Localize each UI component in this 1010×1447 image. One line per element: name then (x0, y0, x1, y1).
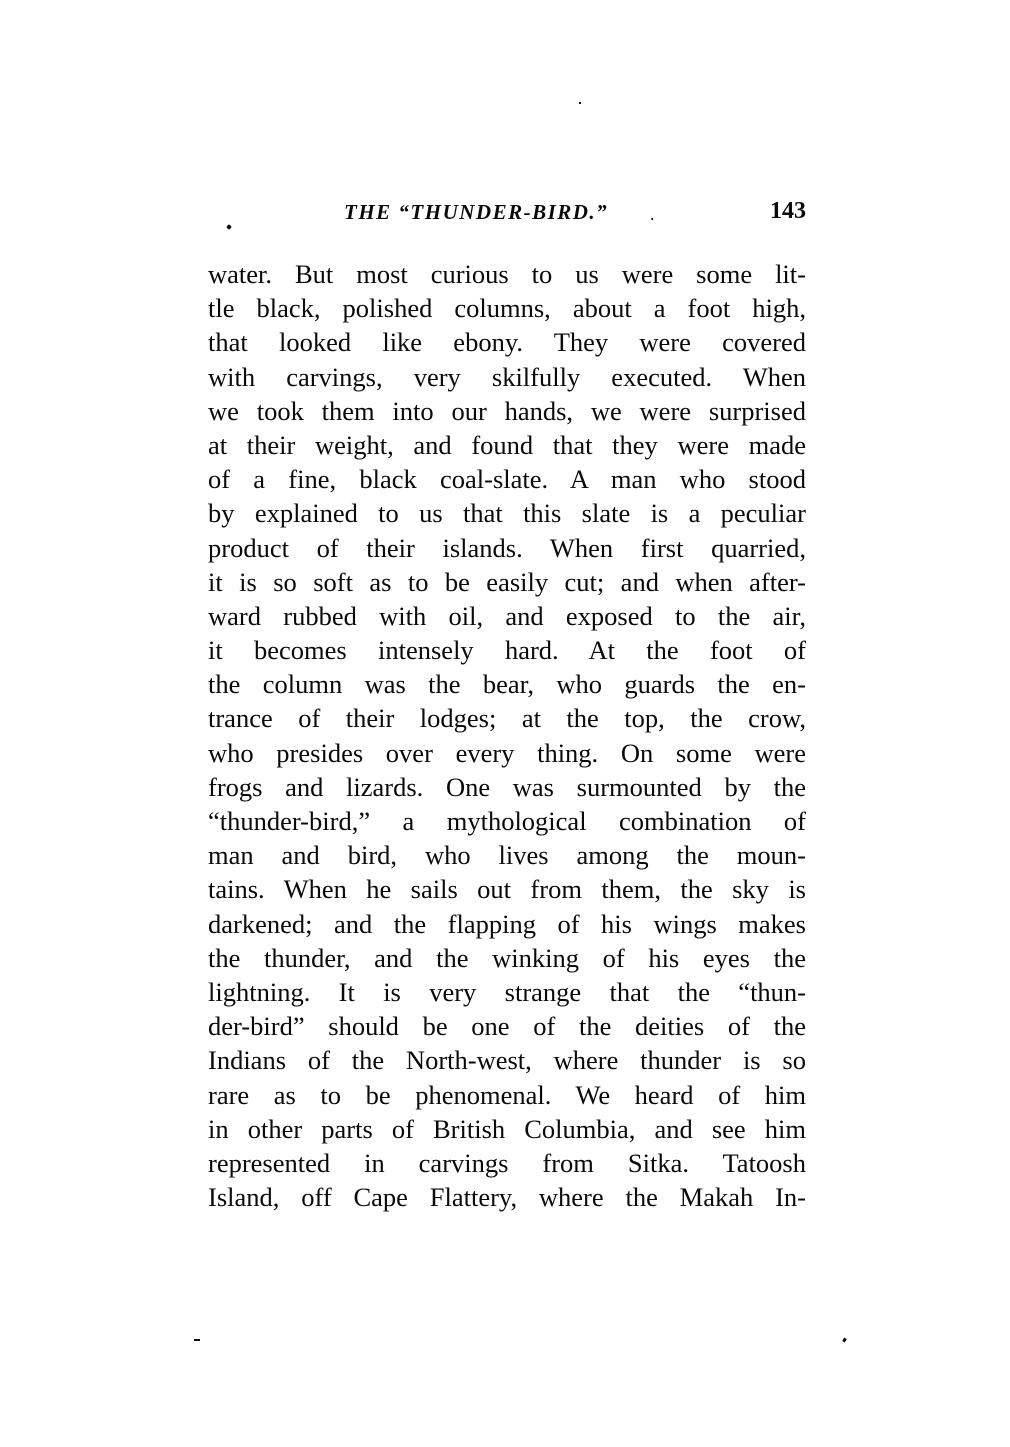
running-head: THE “THUNDER-BIRD.” . 143 (208, 198, 806, 230)
running-head-title: THE “THUNDER-BIRD.” (344, 200, 608, 225)
text-line: rare as to be phenomenal. We heard of hi… (208, 1078, 806, 1112)
text-line: der-bird” should be one of the deities o… (208, 1009, 806, 1043)
scanned-book-page: THE “THUNDER-BIRD.” . 143 water. But mos… (0, 0, 1010, 1447)
text-line: tle black, polished columns, about a foo… (208, 291, 806, 325)
body-paragraph: water. But most curious to us were some … (208, 257, 806, 1214)
page-number: 143 (770, 198, 806, 225)
text-line: at their weight, and found that they wer… (208, 428, 806, 462)
text-line: that looked like ebony. They were covere… (208, 325, 806, 359)
text-line: water. But most curious to us were some … (208, 257, 806, 291)
text-line: it is so soft as to be easily cut; and w… (208, 565, 806, 599)
text-line: in other parts of British Columbia, and … (208, 1112, 806, 1146)
text-line: it becomes intensely hard. At the foot o… (208, 633, 806, 667)
text-line: man and bird, who lives among the moun- (208, 838, 806, 872)
text-line: we took them into our hands, we were sur… (208, 394, 806, 428)
running-head-mark: . (650, 204, 655, 225)
text-line: by explained to us that this slate is a … (208, 496, 806, 530)
text-line: product of their islands. When first qua… (208, 531, 806, 565)
text-line: who presides over every thing. On some w… (208, 736, 806, 770)
text-line: “thunder-bird,” a mythological combinati… (208, 804, 806, 838)
text-line: trance of their lodges; at the top, the … (208, 701, 806, 735)
scan-speck (579, 102, 581, 104)
text-line: darkened; and the flapping of his wings … (208, 907, 806, 941)
scan-speck (194, 1339, 200, 1341)
scan-speck (842, 1338, 847, 1343)
text-line: represented in carvings from Sitka. Tato… (208, 1146, 806, 1180)
text-line: frogs and lizards. One was surmounted by… (208, 770, 806, 804)
text-line: lightning. It is very strange that the “… (208, 975, 806, 1009)
text-line: of a fine, black coal-slate. A man who s… (208, 462, 806, 496)
text-line: Indians of the North-west, where thunder… (208, 1043, 806, 1077)
text-line: the column was the bear, who guards the … (208, 667, 806, 701)
text-line: ward rubbed with oil, and exposed to the… (208, 599, 806, 633)
text-line: Island, off Cape Flattery, where the Mak… (208, 1180, 806, 1214)
text-line: with carvings, very skilfully executed. … (208, 360, 806, 394)
text-line: the thunder, and the winking of his eyes… (208, 941, 806, 975)
text-line: tains. When he sails out from them, the … (208, 872, 806, 906)
